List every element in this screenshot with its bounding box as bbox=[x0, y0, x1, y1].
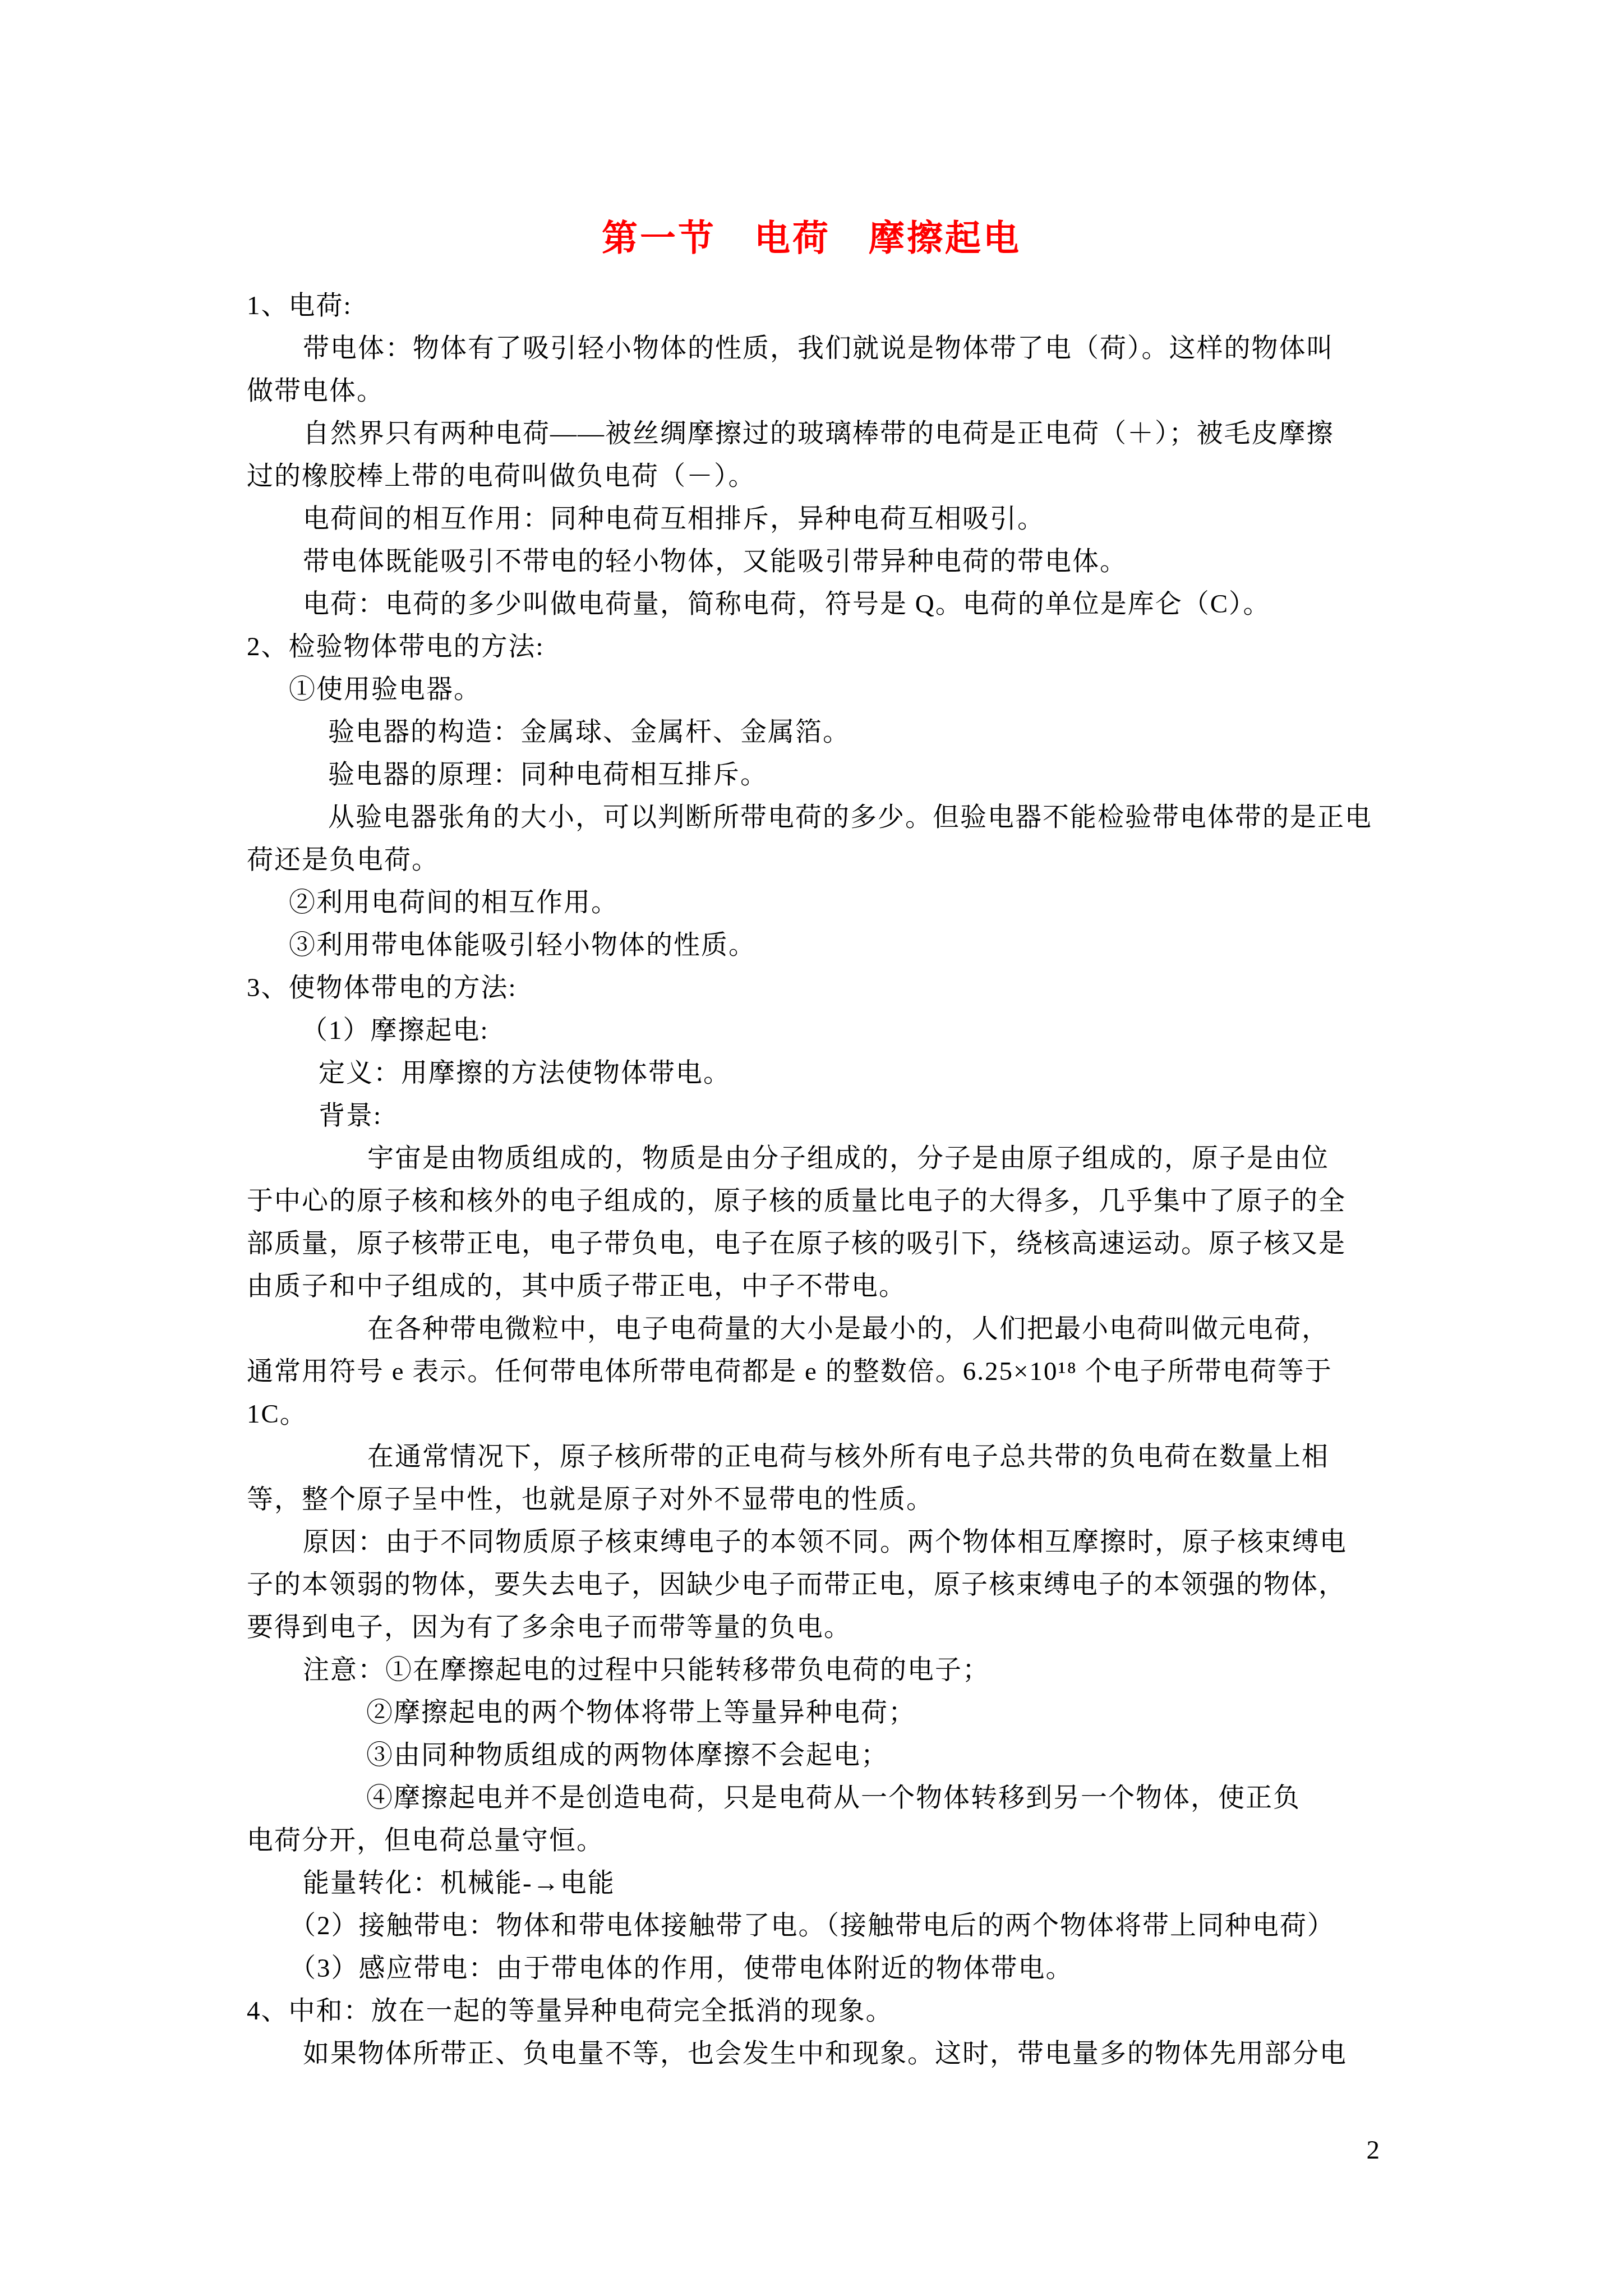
text-line: 部质量，原子核带正电，电子带负电，电子在原子核的吸引下，绕核高速运动。原子核又是 bbox=[247, 1222, 1385, 1265]
text-line: ③利用带电体能吸引轻小物体的性质。 bbox=[247, 924, 1385, 967]
page-number: 2 bbox=[247, 2129, 1380, 2171]
text-line: 原因：由于不同物质原子核束缚电子的本领不同。两个物体相互摩擦时，原子核束缚电 bbox=[247, 1521, 1385, 1563]
text-line: （3）感应带电：由于带电体的作用，使带电体附近的物体带电。 bbox=[247, 1947, 1385, 1990]
text-line: 通常用符号 e 表示。任何带电体所带电荷都是 e 的整数倍。6.25×10¹⁸ … bbox=[247, 1350, 1385, 1393]
text-line: 在通常情况下，原子核所带的正电荷与核外所有电子总共带的负电荷在数量上相 bbox=[247, 1435, 1385, 1478]
text-line: ②摩擦起电的两个物体将带上等量异种电荷； bbox=[247, 1691, 1385, 1734]
text-line: ③由同种物质组成的两物体摩擦不会起电； bbox=[247, 1734, 1385, 1777]
text-line: 自然界只有两种电荷——被丝绸摩擦过的玻璃棒带的电荷是正电荷（＋）；被毛皮摩擦 bbox=[247, 412, 1385, 455]
text-line: ①使用验电器。 bbox=[247, 668, 1385, 711]
text-line: 带电体：物体有了吸引轻小物体的性质，我们就说是物体带了电（荷）。这样的物体叫 bbox=[247, 327, 1385, 370]
text-line: 电荷间的相互作用：同种电荷互相排斥，异种电荷互相吸引。 bbox=[247, 498, 1385, 540]
text-line: （1）摩擦起电: bbox=[247, 1009, 1385, 1052]
text-line: 在各种带电微粒中，电子电荷量的大小是最小的，人们把最小电荷叫做元电荷， bbox=[247, 1308, 1385, 1350]
text-line: 注意：①在摩擦起电的过程中只能转移带负电荷的电子； bbox=[247, 1649, 1385, 1691]
page-title: 第一节 电荷 摩擦起电 bbox=[0, 214, 1623, 263]
text-line: 3、使物体带电的方法: bbox=[247, 967, 1385, 1009]
text-line: 带电体既能吸引不带电的轻小物体，又能吸引带异种电荷的带电体。 bbox=[247, 540, 1385, 583]
text-line: 做带电体。 bbox=[247, 370, 1385, 412]
document-page: 第一节 电荷 摩擦起电 1、电荷:带电体：物体有了吸引轻小物体的性质，我们就说是… bbox=[0, 0, 1623, 2296]
text-line: 能量转化：机械能-→电能 bbox=[247, 1862, 1385, 1904]
text-line: 4、中和：放在一起的等量异种电荷完全抵消的现象。 bbox=[247, 1990, 1385, 2032]
text-line: 从验电器张角的大小，可以判断所带电荷的多少。但验电器不能检验带电体带的是正电 bbox=[247, 796, 1385, 839]
text-line: ④摩擦起电并不是创造电荷，只是电荷从一个物体转移到另一个物体，使正负 bbox=[247, 1777, 1385, 1819]
text-line: 验电器的构造：金属球、金属杆、金属箔。 bbox=[247, 711, 1385, 753]
text-line: 定义：用摩擦的方法使物体带电。 bbox=[247, 1052, 1385, 1094]
text-line: 1C。 bbox=[247, 1393, 1385, 1435]
text-line: 荷还是负电荷。 bbox=[247, 839, 1385, 881]
text-line: 如果物体所带正、负电量不等，也会发生中和现象。这时，带电量多的物体先用部分电 bbox=[247, 2032, 1385, 2075]
text-line: 2、检验物体带电的方法: bbox=[247, 625, 1385, 668]
text-line: 要得到电子，因为有了多余电子而带等量的负电。 bbox=[247, 1606, 1385, 1649]
text-line: 电荷：电荷的多少叫做电荷量，简称电荷，符号是 Q。电荷的单位是库仑（C）。 bbox=[247, 583, 1385, 625]
text-line: 等，整个原子呈中性，也就是原子对外不显带电的性质。 bbox=[247, 1478, 1385, 1521]
text-line: 于中心的原子核和核外的电子组成的，原子核的质量比电子的大得多，几乎集中了原子的全 bbox=[247, 1180, 1385, 1222]
text-line: （2）接触带电：物体和带电体接触带了电。（接触带电后的两个物体将带上同种电荷） bbox=[247, 1904, 1385, 1947]
text-line: 过的橡胶棒上带的电荷叫做负电荷（－）。 bbox=[247, 455, 1385, 498]
text-line: 背景: bbox=[247, 1094, 1385, 1137]
text-line: 由质子和中子组成的，其中质子带正电，中子不带电。 bbox=[247, 1265, 1385, 1308]
text-line: 1、电荷: bbox=[247, 284, 1385, 327]
text-line: 电荷分开，但电荷总量守恒。 bbox=[247, 1819, 1385, 1862]
content: 1、电荷:带电体：物体有了吸引轻小物体的性质，我们就说是物体带了电（荷）。这样的… bbox=[247, 284, 1385, 2075]
text-line: 宇宙是由物质组成的，物质是由分子组成的，分子是由原子组成的，原子是由位 bbox=[247, 1137, 1385, 1180]
text-line: 子的本领弱的物体，要失去电子，因缺少电子而带正电，原子核束缚电子的本领强的物体， bbox=[247, 1563, 1385, 1606]
text-line: ②利用电荷间的相互作用。 bbox=[247, 881, 1385, 924]
text-line: 验电器的原理：同种电荷相互排斥。 bbox=[247, 753, 1385, 796]
